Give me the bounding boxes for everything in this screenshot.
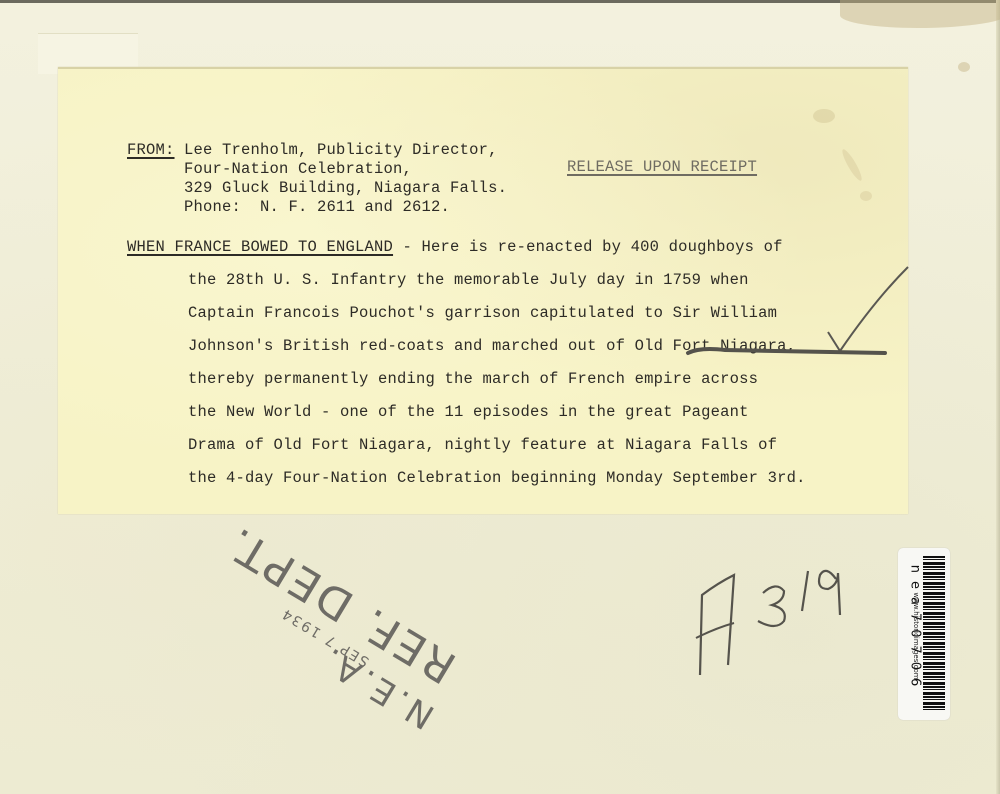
body-line: Captain Francois Pouchot's garrison capi… [188,297,777,330]
body-line: the 4-day Four-Nation Celebration beginn… [188,462,806,495]
body-line: Drama of Old Fort Niagara, nightly featu… [188,429,777,462]
barcode-site: www.historicimages.com [912,571,920,701]
from-line: 329 Gluck Building, Niagara Falls. [184,179,507,197]
from-line: Phone: N. F. 2611 and 2612. [184,198,450,216]
barcode-label: nea70706 www.historicimages.com [898,548,950,720]
right-edge [996,0,1000,794]
handwritten-file-number: A 319 [688,553,858,683]
stain [840,147,865,182]
from-block: FROM: Lee Trenholm, Publicity Director, … [127,141,507,217]
headline: WHEN FRANCE BOWED TO ENGLAND [127,238,393,256]
stain [813,109,835,123]
body-line: - Here is re-enacted by 400 doughboys of [393,238,783,256]
ref-dept-stamp: N.E.A. SEP 7 1934 REF. DEPT. [210,545,470,735]
release-note: RELEASE UPON RECEIPT [567,158,757,176]
body-line: the 28th U. S. Infantry the memorable Ju… [188,264,749,297]
headline-line: WHEN FRANCE BOWED TO ENGLAND - Here is r… [127,231,783,264]
stain [958,62,970,72]
body-line: the New World - one of the 11 episodes i… [188,396,749,429]
from-label: FROM: [127,141,175,159]
barcode-icon [923,556,945,712]
body-line: Johnson's British red-coats and marched … [188,330,796,363]
stain [860,191,872,201]
from-line: Four-Nation Celebration, [184,160,412,178]
from-line: Lee Trenholm, Publicity Director, [184,141,498,159]
body-line: thereby permanently ending the march of … [188,363,758,396]
stain [840,0,1000,28]
